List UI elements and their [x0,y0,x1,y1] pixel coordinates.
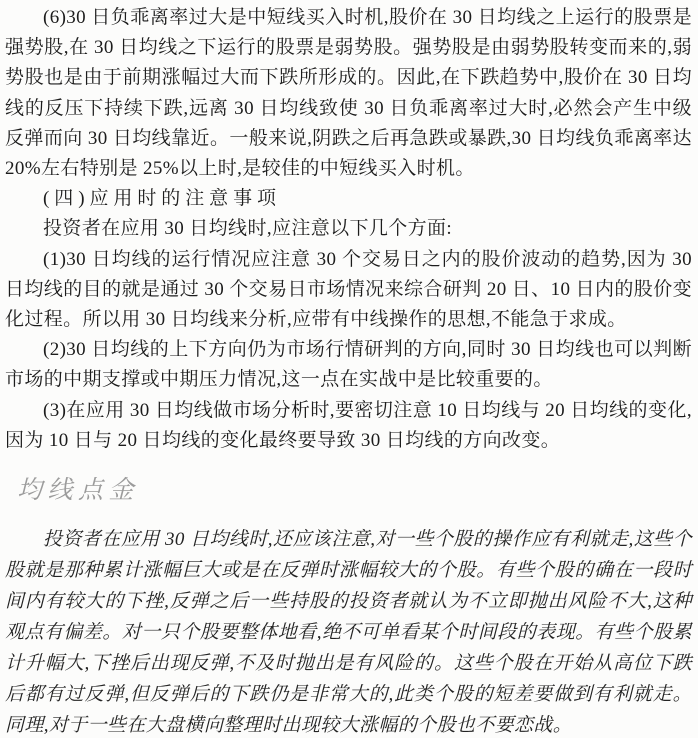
paragraph-note-1: (1)30 日均线的运行情况应注意 30 个交易日之内的股价波动的趋势,因为 3… [5,245,692,336]
paragraph-note-3: (3)在应用 30 日均线做市场分析时,要密切注意 10 日均线与 20 日均线… [5,396,692,456]
paragraph-note-2: (2)30 日均线的上下方向仍为市场行情研判的方向,同时 30 日均线也可以判断… [5,335,692,395]
document-page: (6)30 日负乖离率过大是中短线买入时机,股价在 30 日均线之上运行的股票是… [0,0,698,738]
tip-section-heading: 均线点金 [17,470,692,506]
section-heading-four: (四)应用时的注意事项 [5,184,692,214]
tip-section: 均线点金 投资者在应用 30 日均线时,还应该注意,对一些个股的操作应有利就走,… [5,470,692,738]
main-text-block: (6)30 日负乖离率过大是中短线买入时机,股价在 30 日均线之上运行的股票是… [5,3,692,456]
paragraph-item-6: (6)30 日负乖离率过大是中短线买入时机,股价在 30 日均线之上运行的股票是… [5,3,692,184]
paragraph-intro: 投资者在应用 30 日均线时,应注意以下几个方面: [5,214,692,244]
tip-paragraph: 投资者在应用 30 日均线时,还应该注意,对一些个股的操作应有利就走,这些个股就… [5,524,692,738]
